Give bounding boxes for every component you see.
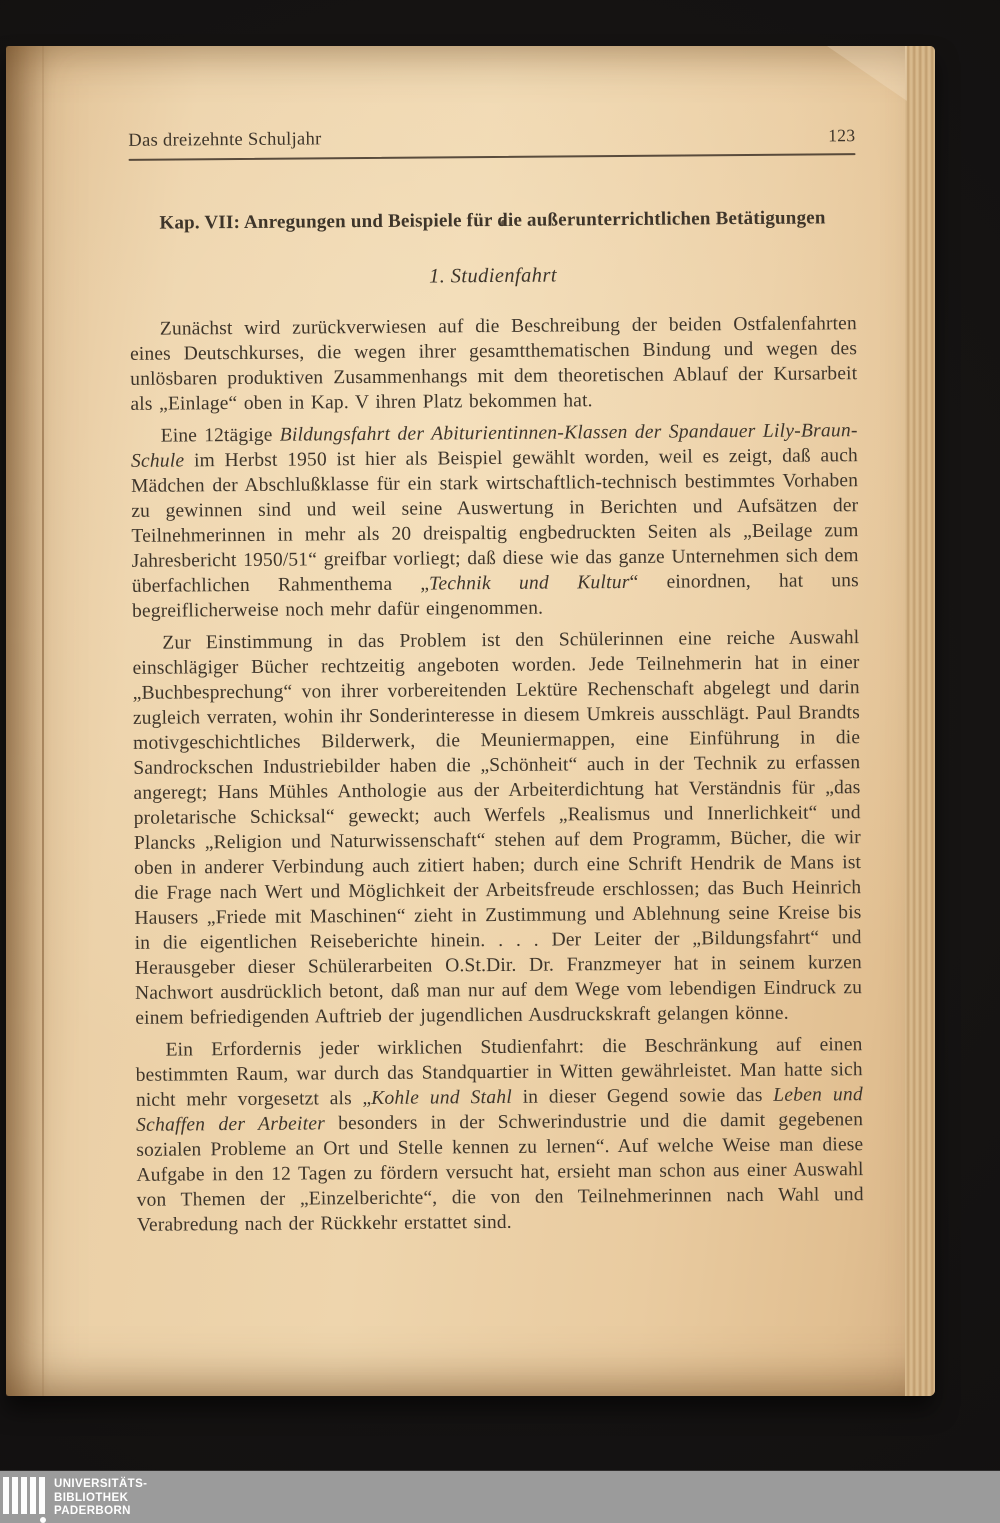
library-logo (3, 1477, 48, 1514)
logo-dot (40, 1517, 46, 1523)
page-gutter-shadow (6, 46, 50, 1396)
logo-bar (3, 1477, 9, 1514)
logo-bar (21, 1477, 27, 1514)
running-title: Das dreizehnte Schuljahr (128, 129, 321, 152)
page-corner-fold (827, 46, 907, 101)
running-header: Das dreizehnte Schuljahr 123 (128, 125, 855, 152)
chapter-heading: Kap. VII: Anregungen und Beispiele für d… (129, 207, 856, 235)
page-content: Das dreizehnte Schuljahr 123 Kap. VII: A… (128, 117, 864, 1245)
book-page: Das dreizehnte Schuljahr 123 Kap. VII: A… (6, 46, 935, 1396)
section-heading: 1. Studienfahrt (129, 262, 856, 291)
body-text: Zunächst wird zurückverwiesen auf die Be… (130, 311, 864, 1238)
scanned-book-photo: Das dreizehnte Schuljahr 123 Kap. VII: A… (0, 0, 1000, 1523)
library-name-line: PADERBORN (54, 1505, 147, 1519)
page-stack-edge (905, 46, 935, 1396)
page-number: 123 (828, 125, 855, 146)
paragraph-4: Ein Erfordernis jeder wirklichen Studien… (135, 1032, 864, 1238)
logo-bar (39, 1477, 45, 1514)
paragraph-2: Eine 12tägige Bildungsfahrt der Abiturie… (131, 418, 860, 624)
header-rule (129, 153, 856, 161)
library-name: UNIVERSITÄTS- BIBLIOTHEK PADERBORN (54, 1478, 147, 1519)
logo-bar (12, 1477, 18, 1514)
logo-bar (30, 1477, 36, 1514)
library-banner: UNIVERSITÄTS- BIBLIOTHEK PADERBORN (0, 1471, 1000, 1523)
paragraph-3: Zur Einstimmung in das Problem ist den S… (132, 625, 862, 1031)
paragraph-1: Zunächst wird zurückverwiesen auf die Be… (130, 311, 858, 417)
library-name-line: UNIVERSITÄTS- (54, 1478, 147, 1492)
library-name-line: BIBLIOTHEK (54, 1492, 147, 1506)
